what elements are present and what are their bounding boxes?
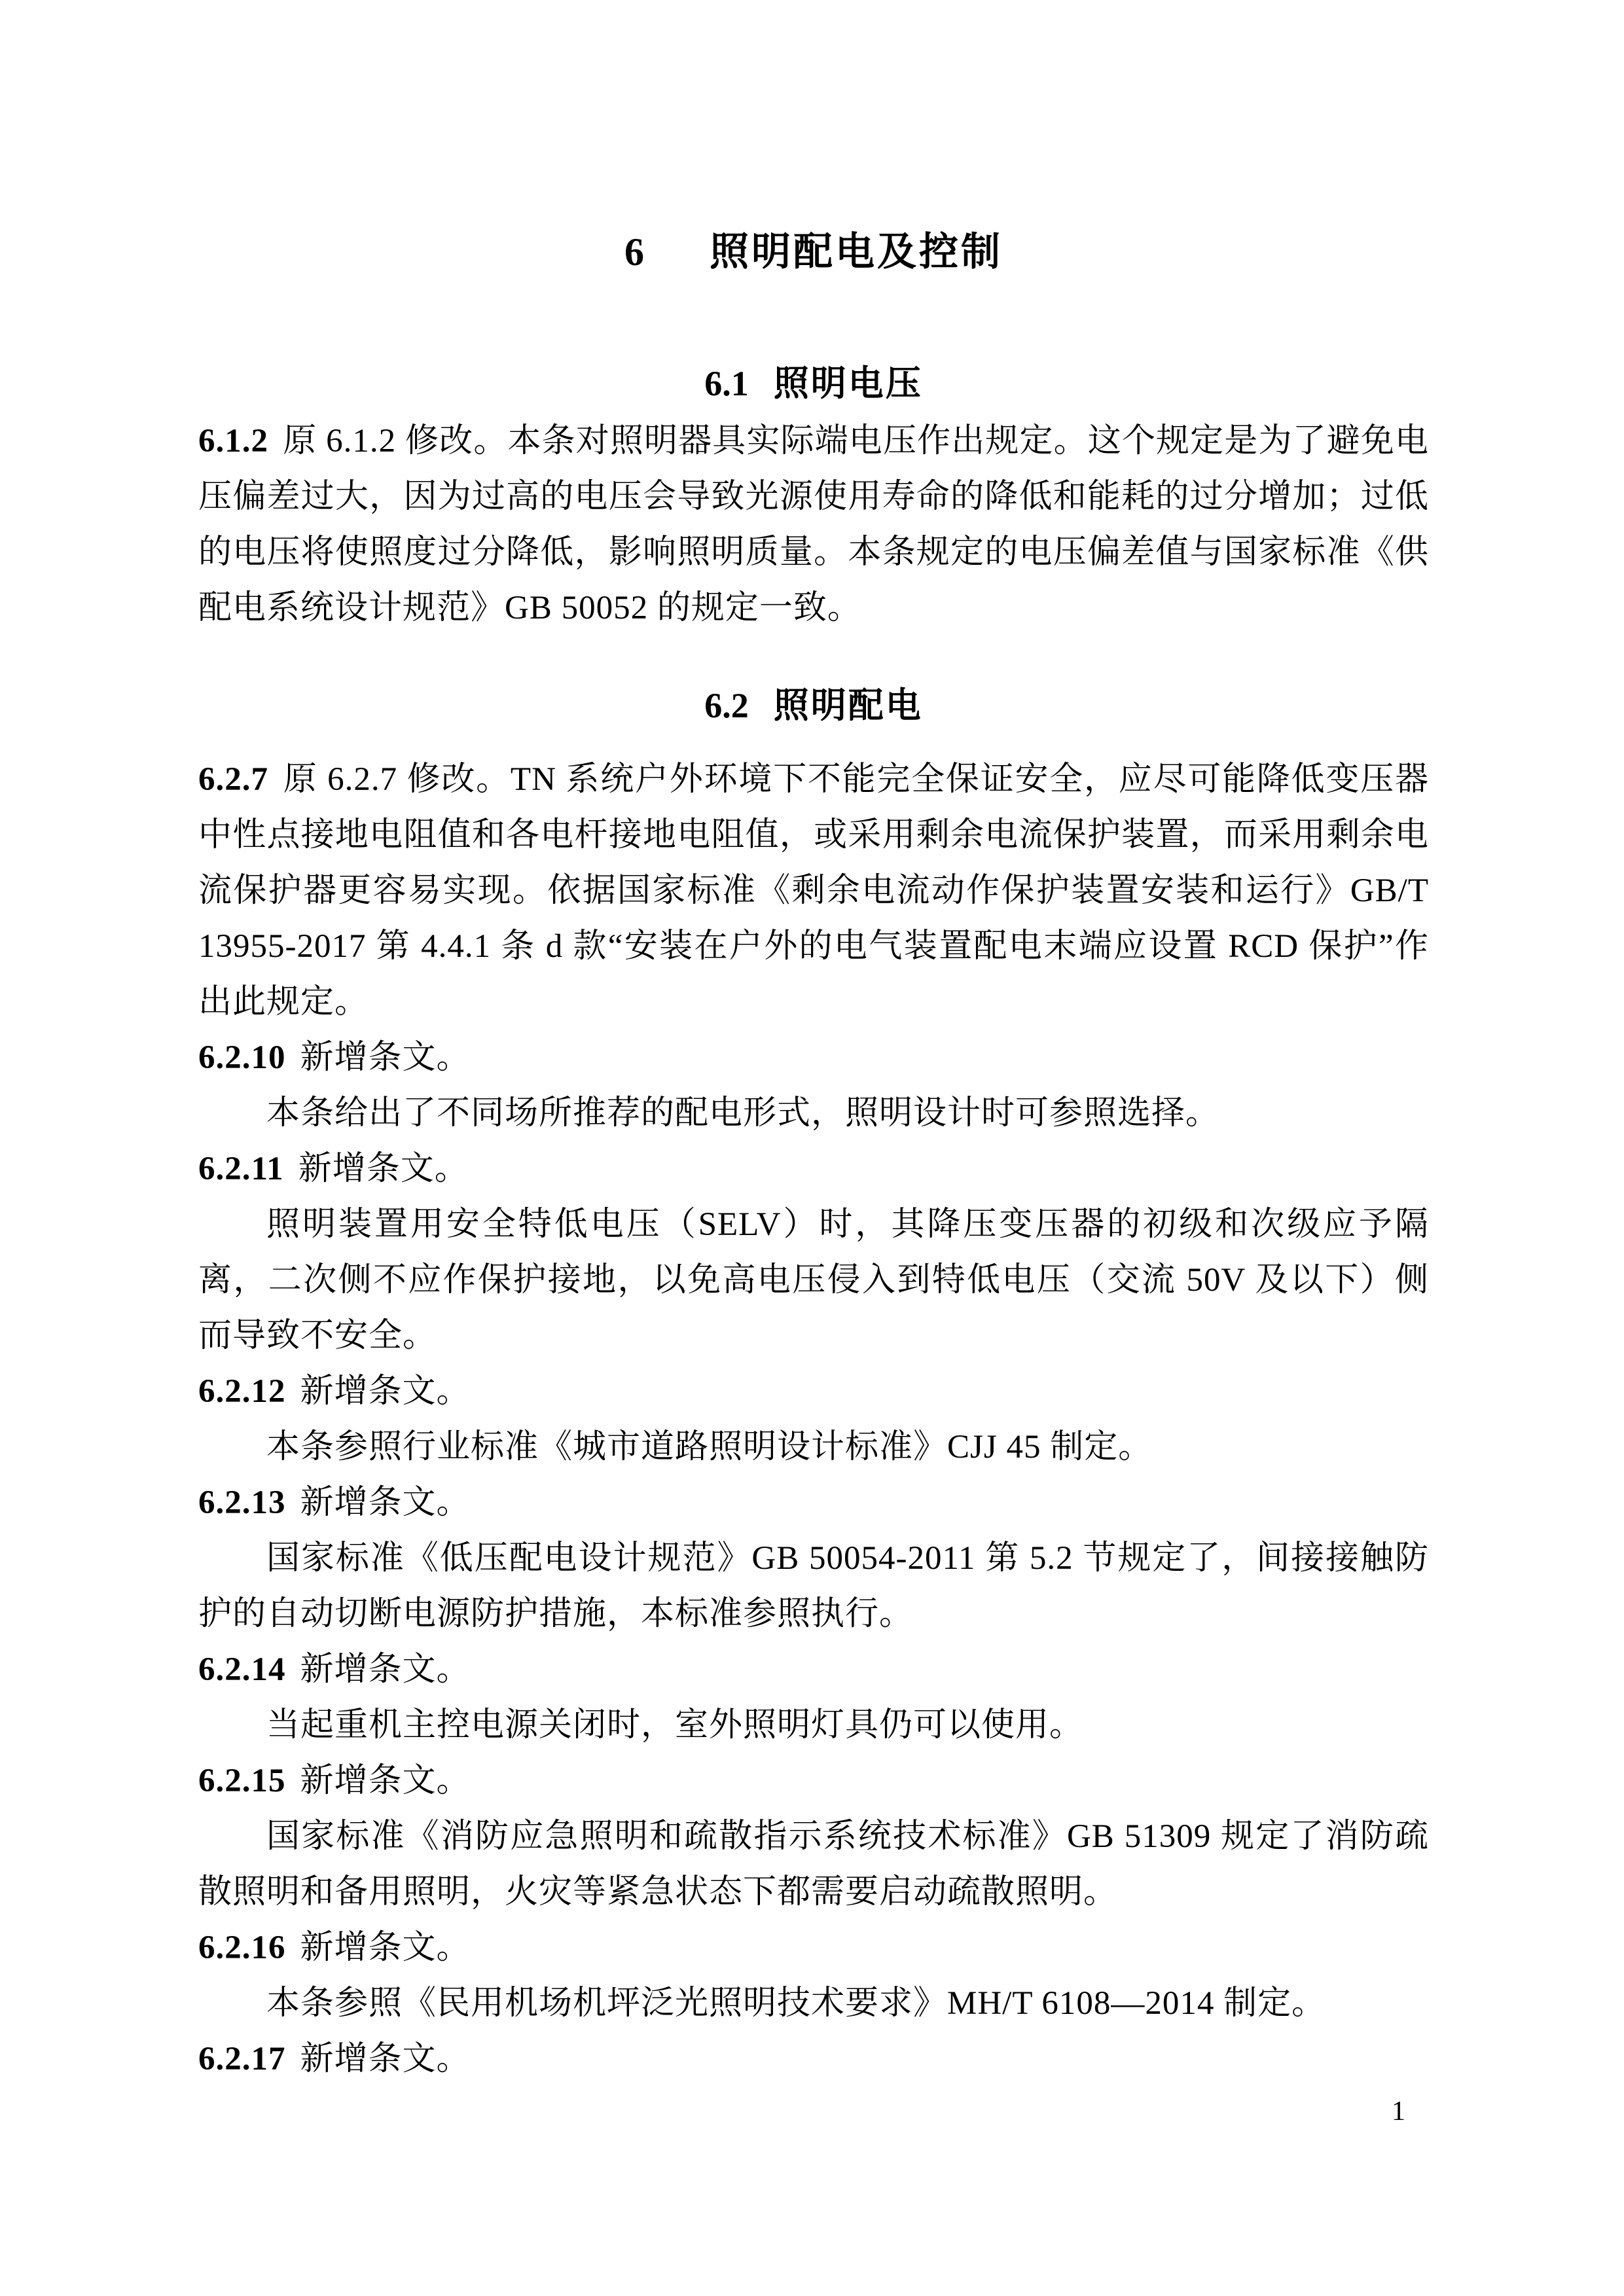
- section-title: 照明配电: [774, 686, 923, 725]
- clause-number: 6.2.11: [198, 1151, 284, 1187]
- clause-number: 6.2.17: [198, 2041, 286, 2077]
- document-content: 6照明配电及控制 6.1照明电压 6.1.2原 6.1.2 修改。本条对照明器具…: [198, 229, 1429, 2087]
- chapter-title: 照明配电及控制: [710, 230, 1003, 274]
- clause-text: 新增条文。: [300, 1039, 471, 1076]
- paragraph-text: 本条参照行业标准《城市道路照明设计标准》CJJ 45 制定。: [266, 1429, 1152, 1465]
- clause-6-2-11: 6.2.11新增条文。: [198, 1141, 1429, 1197]
- section-heading-6-2: 6.2照明配电: [198, 685, 1429, 726]
- clause-text: 原 6.1.2 修改。本条对照明器具实际端电压作出规定。这个规定是为了避免电压偏…: [198, 423, 1429, 626]
- clause-6-2-17: 6.2.17新增条文。: [198, 2032, 1429, 2087]
- clause-number: 6.2.10: [198, 1039, 286, 1076]
- chapter-heading: 6照明配电及控制: [198, 229, 1429, 275]
- clause-number: 6.2.15: [198, 1763, 286, 1799]
- clause-text: 新增条文。: [300, 1929, 471, 1966]
- clause-text: 新增条文。: [300, 1484, 471, 1521]
- clause-text: 新增条文。: [300, 2041, 471, 2077]
- clause-number: 6.2.16: [198, 1929, 286, 1966]
- clause-6-2-13: 6.2.13新增条文。: [198, 1475, 1429, 1531]
- document-page: 6照明配电及控制 6.1照明电压 6.1.2原 6.1.2 修改。本条对照明器具…: [0, 0, 1624, 2296]
- paragraph-text: 本条给出了不同场所推荐的配电形式，照明设计时可参照选择。: [266, 1095, 1219, 1132]
- body-paragraph: 国家标准《消防应急照明和疏散指示系统技术标准》GB 51309 规定了消防疏散照…: [198, 1809, 1429, 1920]
- paragraph-text: 国家标准《低压配电设计规范》GB 50054-2011 第 5.2 节规定了，间…: [198, 1540, 1429, 1632]
- section-number: 6.2: [704, 686, 749, 725]
- paragraph-text: 本条参照《民用机场机坪泛光照明技术要求》MH/T 6108—2014 制定。: [266, 1985, 1326, 2022]
- clause-text: 新增条文。: [300, 1651, 471, 1688]
- clause-6-1-2: 6.1.2原 6.1.2 修改。本条对照明器具实际端电压作出规定。这个规定是为了…: [198, 414, 1429, 636]
- paragraph-text: 当起重机主控电源关闭时，室外照明灯具仍可以使用。: [266, 1707, 1083, 1744]
- clause-6-2-14: 6.2.14新增条文。: [198, 1642, 1429, 1698]
- clause-6-2-16: 6.2.16新增条文。: [198, 1920, 1429, 1976]
- clause-6-2-10: 6.2.10新增条文。: [198, 1030, 1429, 1086]
- paragraph-text: 国家标准《消防应急照明和疏散指示系统技术标准》GB 51309 规定了消防疏散照…: [198, 1818, 1429, 1910]
- paragraph-text: 照明装置用安全特低电压（SELV）时，其降压变压器的初级和次级应予隔离，二次侧不…: [198, 1206, 1429, 1354]
- body-paragraph: 本条给出了不同场所推荐的配电形式，照明设计时可参照选择。: [198, 1086, 1429, 1141]
- body-paragraph: 国家标准《低压配电设计规范》GB 50054-2011 第 5.2 节规定了，间…: [198, 1531, 1429, 1642]
- clause-number: 6.2.7: [198, 761, 268, 798]
- page-number: 1: [1392, 2096, 1405, 2127]
- clause-text: 原 6.2.7 修改。TN 系统户外环境下不能完全保证安全，应尽可能降低变压器中…: [198, 761, 1429, 1020]
- body-paragraph: 本条参照《民用机场机坪泛光照明技术要求》MH/T 6108—2014 制定。: [198, 1976, 1429, 2032]
- clause-text: 新增条文。: [300, 1373, 471, 1410]
- body-paragraph: 照明装置用安全特低电压（SELV）时，其降压变压器的初级和次级应予隔离，二次侧不…: [198, 1197, 1429, 1364]
- chapter-number: 6: [624, 230, 644, 274]
- body-paragraph: 本条参照行业标准《城市道路照明设计标准》CJJ 45 制定。: [198, 1420, 1429, 1475]
- body-paragraph: 当起重机主控电源关闭时，室外照明灯具仍可以使用。: [198, 1698, 1429, 1753]
- clause-number: 6.1.2: [198, 423, 268, 459]
- clause-text: 新增条文。: [298, 1151, 469, 1187]
- clause-text: 新增条文。: [300, 1763, 471, 1799]
- clause-number: 6.2.12: [198, 1373, 286, 1410]
- clause-6-2-12: 6.2.12新增条文。: [198, 1364, 1429, 1420]
- clause-6-2-15: 6.2.15新增条文。: [198, 1753, 1429, 1809]
- clause-number: 6.2.13: [198, 1484, 286, 1521]
- section-number: 6.1: [704, 364, 749, 403]
- clause-6-2-7: 6.2.7原 6.2.7 修改。TN 系统户外环境下不能完全保证安全，应尽可能降…: [198, 752, 1429, 1030]
- clause-number: 6.2.14: [198, 1651, 286, 1688]
- section-heading-6-1: 6.1照明电压: [198, 363, 1429, 404]
- section-title: 照明电压: [774, 364, 923, 403]
